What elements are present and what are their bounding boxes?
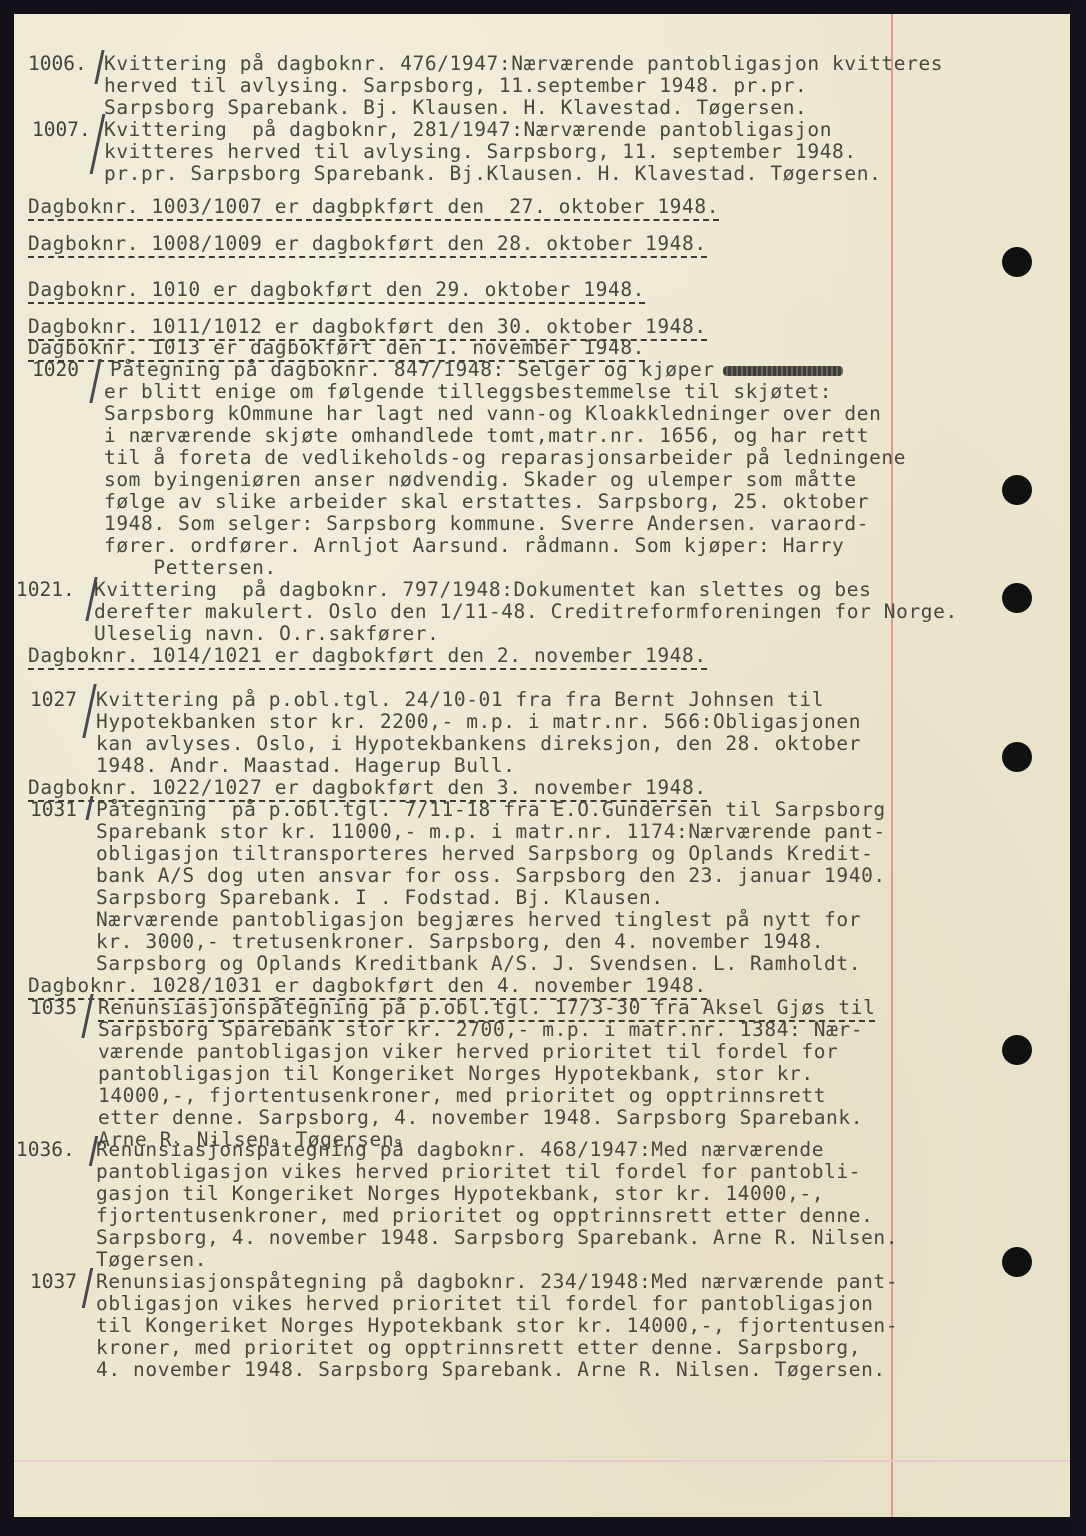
entry-line: Kvittering på p.obl.tgl. 24/10-01 fra fr…: [96, 689, 824, 711]
entry-line: 4. november 1948. Sarpsborg Sparebank. A…: [96, 1359, 886, 1381]
entry-line: kvitteres herved til avlysing. Sarpsborg…: [104, 141, 857, 163]
journal-summary: Dagboknr. 1013 er dagbokført den 1. nove…: [28, 337, 645, 359]
entry-number: 1007.: [32, 119, 91, 141]
entry-line: 1948. Som selger: Sarpsborg kommune. Sve…: [104, 513, 869, 535]
entry-line: Pettersen.: [104, 557, 277, 579]
journal-summary: Dagboknr. 1010 er dagbokført den 29. okt…: [28, 279, 645, 301]
journal-summary: Dagboknr. 1008/1009 er dagbokført den 28…: [28, 233, 707, 255]
checkmark-icon: [82, 684, 96, 738]
summary-text: Dagboknr. 1010 er dagbokført den 29. okt…: [28, 278, 645, 304]
entry-number: 1027: [30, 689, 77, 711]
entry-line: fører. ordfører. Arnljot Aarsund. rådman…: [104, 535, 844, 557]
entry-number: 1037: [30, 1271, 77, 1293]
punch-hole-icon: [1002, 583, 1032, 613]
entry-line: herved til avlysing. Sarpsborg, 11.septe…: [104, 75, 807, 97]
punch-hole-icon: [1002, 742, 1032, 772]
entry-number: 1031: [30, 799, 77, 821]
entry-line: Kvittering på dagboknr. 476/1947:Nærvære…: [104, 53, 943, 75]
entry-number: 1006.: [28, 53, 87, 75]
entry-line: til å foreta de vedlikeholds-og reparasj…: [104, 447, 906, 469]
checkmark-icon: [81, 994, 93, 1038]
entry-line: Sparebank stor kr. 11000,- m.p. i matr.n…: [96, 821, 886, 843]
entry-line: Sarpsborg kOmmune har lagt ned vann-og K…: [104, 403, 881, 425]
entry-line: obligasjon tiltransporteres herved Sarps…: [96, 843, 873, 865]
entry-line: Kvittering på dagboknr, 281/1947:Nærvære…: [104, 119, 832, 141]
checkmark-icon: [90, 114, 106, 174]
entry-number: 1035: [30, 997, 77, 1019]
journal-summary: Dagboknr. 1014/1021 er dagbokført den 2.…: [28, 645, 707, 667]
entry-line: 1948. Andr. Maastad. Hagerup Bull.: [96, 755, 516, 777]
struck-out-word: [723, 366, 843, 376]
entry-line: fjortentusenkroner, med prioritet og opp…: [96, 1205, 873, 1227]
entry-line: Sarpsborg Sparebank stor kr. 2700,- m.p.…: [98, 1019, 863, 1041]
entry-line: Sarpsborg Sparebank. I . Fodstad. Bj. Kl…: [96, 887, 664, 909]
journal-summary: Dagboknr. 1011/1012 er dagbokført den 30…: [28, 316, 707, 338]
punch-hole-icon: [1002, 1035, 1032, 1065]
checkmark-icon: [82, 1268, 94, 1308]
entry-line: Renunsiasjonspåtegning på p.obl.tgl. 17/…: [98, 997, 875, 1019]
entry-line: følge av slike arbeider skal erstattes. …: [104, 491, 869, 513]
entry-line: Sarpsborg Sparebank. Bj. Klausen. H. Kla…: [104, 97, 807, 119]
entry-line: Påtegning på p.obl.tgl. 7/11-18 fra E.O.…: [96, 799, 886, 821]
summary-text: Dagboknr. 1008/1009 er dagbokført den 28…: [28, 232, 707, 258]
journal-summary: Dagboknr. 1022/1027 er dagbokført den 3.…: [28, 777, 707, 799]
entry-line: obligasjon vikes herved prioritet til fo…: [96, 1293, 873, 1315]
entry-line: 14000,-, fjortentusenkroner, med priorit…: [98, 1085, 826, 1107]
entry-line: Uleselig navn. O.r.sakfører.: [94, 623, 440, 645]
entry-line: Tøgersen.: [96, 1249, 207, 1271]
entry-line: pantobligasjon vikes herved prioritet ti…: [96, 1161, 861, 1183]
entry-line-text: Påtegning på dagboknr. 847/1948: Selger …: [110, 358, 715, 381]
entry-line: værende pantobligasjon viker herved prio…: [98, 1041, 838, 1063]
entry-line: Nærværende pantobligasjon begjæres herve…: [96, 909, 861, 931]
entry-line: derefter makulert. Oslo den 1/11-48. Cre…: [94, 601, 958, 623]
entry-line: etter denne. Sarpsborg, 4. november 1948…: [98, 1107, 863, 1129]
punch-hole-icon: [1002, 1247, 1032, 1277]
entry-line: bank A/S dog uten ansvar for oss. Sarpsb…: [96, 865, 886, 887]
checkmark-icon: [89, 359, 101, 403]
entry-line: gasjon til Kongeriket Norges Hypotekbank…: [96, 1183, 824, 1205]
entry-number: 1020: [32, 359, 79, 381]
punch-hole-icon: [1002, 475, 1032, 505]
entry-number: 1036.: [16, 1139, 75, 1161]
journal-summary: Dagboknr. 1028/1031 er dagbokført den 4.…: [28, 975, 707, 997]
summary-text: Dagboknr. 1003/1007 er dagbpkført den 27…: [28, 195, 719, 221]
entry-line: er blitt enige om følgende tilleggsbeste…: [104, 381, 832, 403]
entry-line: kr. 3000,- tretusenkroner. Sarpsborg, de…: [96, 931, 824, 953]
entry-number: 1021.: [16, 579, 75, 601]
entry-line: til Kongeriket Norges Hypotekbank stor k…: [96, 1315, 898, 1337]
journal-summary: Dagboknr. 1003/1007 er dagbpkført den 27…: [28, 196, 719, 218]
entry-line: Sarpsborg, 4. november 1948. Sarpsborg S…: [96, 1227, 898, 1249]
entry-line: i nærværende skjøte omhandlede tomt,matr…: [104, 425, 869, 447]
entry-line: Renunsiasjonspåtegning på dagboknr. 234/…: [96, 1271, 898, 1293]
entry-line: Renunsiasjonspåtegning på dagboknr. 468/…: [96, 1139, 824, 1161]
pink-rule-line: [14, 1460, 1070, 1462]
entry-line: pantobligasjon til Kongeriket Norges Hyp…: [98, 1063, 814, 1085]
punch-hole-icon: [1002, 247, 1032, 277]
entry-line: pr.pr. Sarpsborg Sparebank. Bj.Klausen. …: [104, 163, 881, 185]
scan-border: [1070, 0, 1086, 1536]
entry-line: Hypotekbanken stor kr. 2200,- m.p. i mat…: [96, 711, 861, 733]
document-page: 1006. Kvittering på dagboknr. 476/1947:N…: [14, 14, 1070, 1517]
entry-line: Påtegning på dagboknr. 847/1948: Selger …: [110, 359, 843, 381]
entry-line: Kvittering på dagboknr. 797/1948:Dokumen…: [94, 579, 871, 601]
entry-line: kroner, med prioritet og opptrinnsrett e…: [96, 1337, 861, 1359]
entry-line: Sarpsborg og Oplands Kreditbank A/S. J. …: [96, 953, 861, 975]
entry-line: kan avlyses. Oslo, i Hypotekbankens dire…: [96, 733, 861, 755]
summary-text: Dagboknr. 1014/1021 er dagbokført den 2.…: [28, 644, 707, 670]
entry-line: som byingeniøren anser nødvendig. Skader…: [104, 469, 857, 491]
